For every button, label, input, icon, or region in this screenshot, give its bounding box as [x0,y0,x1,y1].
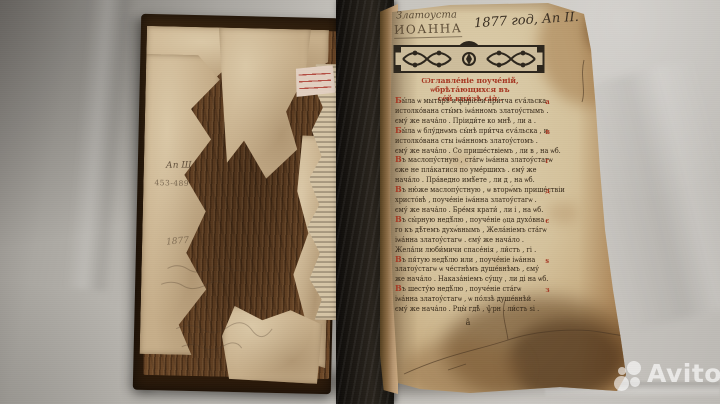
photo-old-book-listing: Ап Ш 453-489 1877 Златоуста [0,0,720,404]
avito-watermark: Avito [610,358,720,398]
pencil-inscription-apostol: Ап Ш [166,161,192,171]
pencil-inscription-year: 1877 [166,236,190,248]
red-label-fragment [294,65,336,97]
pencil-inscription-numbers: 453-489 [154,178,189,188]
avito-wordmark: Avito [647,359,720,388]
label-text-lines [298,70,331,92]
faint-handwriting-squiggles [145,258,318,382]
